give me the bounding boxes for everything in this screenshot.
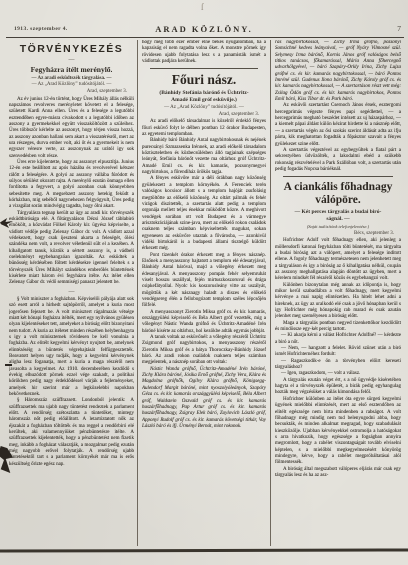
paragraph: Maga a tárgyalás pontban negyed tizenket… — [275, 321, 401, 334]
paragraph: Az aradi előkelő társadalmat is közelről… — [142, 119, 266, 138]
paragraph: Tárgyalásra tegnap került az ügy az arad… — [9, 211, 134, 287]
divider-dash: — — [9, 289, 134, 295]
article-separator-rule — [150, 68, 258, 69]
paragraph-guest-list-continuation: rás nagybirtokossal, — Zichy Irma grófnő… — [275, 40, 401, 103]
column-divider-2 — [270, 40, 271, 546]
newspaper-page: ſ 1913. szeptember 4. ARAD KÖZLÖNY. 7 TÖ… — [0, 0, 408, 565]
dateline-divorce: Bécs, szeptember 3. — [275, 231, 401, 236]
column-middle: hogy még több ezer ember élne békés nyug… — [142, 40, 266, 546]
headline-divorce-article: A ciankális főhadnagy válópöre. — [275, 181, 401, 207]
paragraph-news-brief: § Háromszáz szüffrazsett. Londonból jele… — [9, 398, 134, 468]
paragraph: Bánhidy báró Bánhidy Antal nagybirtokosn… — [142, 138, 266, 176]
masthead-title: ARAD KÖZLÖNY. — [0, 24, 408, 34]
headline-trial-article: Fegyházra ítélt merénylő. — [9, 65, 134, 74]
paragraph: Üres erre kijelentette, hogy az asszonyt… — [9, 160, 134, 211]
dialogue-line: — Ragaszkodik-e ön a törvényben előirt k… — [275, 359, 401, 372]
paragraph: Hofrichter különben az itélet óta egyre … — [275, 397, 401, 467]
dateline-wedding: Arad, szeptember 3. — [142, 112, 266, 117]
paragraph: Az év junius 12-én történt, hogy Üres Mi… — [9, 97, 134, 160]
subhead-wedding: (Bánhidy Stefánia bárónő és Üchtritz- Am… — [142, 90, 266, 103]
paragraph: Hofrichter Adolf volt főhadnagy ellen, a… — [275, 238, 401, 282]
paragraph: A biróság által megszabott válóperes elj… — [275, 467, 401, 480]
page-number: 7 — [397, 24, 401, 33]
fold-mark: ſ — [201, 2, 204, 12]
paragraph: A szertartás végeztével az egybegyültek … — [275, 148, 401, 173]
article-separator-rule — [283, 176, 393, 177]
dialogue-line: — Nem, — hangzott a felelet. Rövid szüne… — [275, 346, 401, 359]
column-left: TÖRVÉNYKEZÉS — Fegyházra ítélt merénylő.… — [9, 40, 134, 546]
paragraph-news-brief: § Volt miniszter a fogházban. Képviselői… — [9, 297, 134, 399]
dateline-trial: Arad, szeptember 3. — [9, 89, 134, 94]
paragraph: A tárgyalás ezután véget ért, s a nő ügy… — [275, 378, 401, 397]
paragraph: A tanuk voltak az esküvőnél: a vőlegény … — [142, 335, 266, 367]
source-line-wedding: — Az „Arad Közlöny” tudósítójától. — — [142, 105, 266, 110]
paragraph: A fényes esküvőre már a déli órákban nag… — [142, 176, 266, 252]
paragraph-guest-list: Nástic Wanda grófnő, Üchtritz-Amadéné Ir… — [142, 367, 266, 430]
paragraph: Különben bizonytalan még annak az időpon… — [275, 283, 401, 321]
paragraph: Pont tizenkét órakor érkezett meg a fény… — [142, 253, 266, 310]
subhead-divorce: — Két perces tárgyalás a budai biró- ság… — [275, 209, 401, 222]
headline-wedding-article: Főuri nász. — [142, 72, 266, 88]
section-heading: TÖRVÉNYKEZÉS — [9, 43, 134, 55]
paragraph: Az esküvői szertartást Csernoch János ér… — [275, 103, 401, 147]
column-divider-1 — [137, 40, 138, 546]
dialogue-line: — Ki akarja kérni a válást Hofrichter Ad… — [275, 333, 401, 346]
divider-dash: — — [9, 57, 134, 63]
paragraph-continuation: hogy még több ezer ember élne békés nyug… — [142, 40, 266, 65]
source-line-divorce: (Saját tudósítónk telefonjelentése.) — [275, 224, 401, 229]
source-line-trial: — Az „Arad Közlöny” tudósítójától. — — [9, 82, 134, 87]
column-right: rás nagybirtokossal, — Zichy Irma grófnő… — [275, 40, 401, 546]
header-rule — [6, 37, 404, 38]
bottom-rule — [0, 548, 408, 552]
subline-trial: — Az aradi esküdtszék tárgyalása. — — [9, 76, 134, 81]
paragraph: A menyasszonyt Zierotin Miksa gróf cs. é… — [142, 310, 266, 335]
